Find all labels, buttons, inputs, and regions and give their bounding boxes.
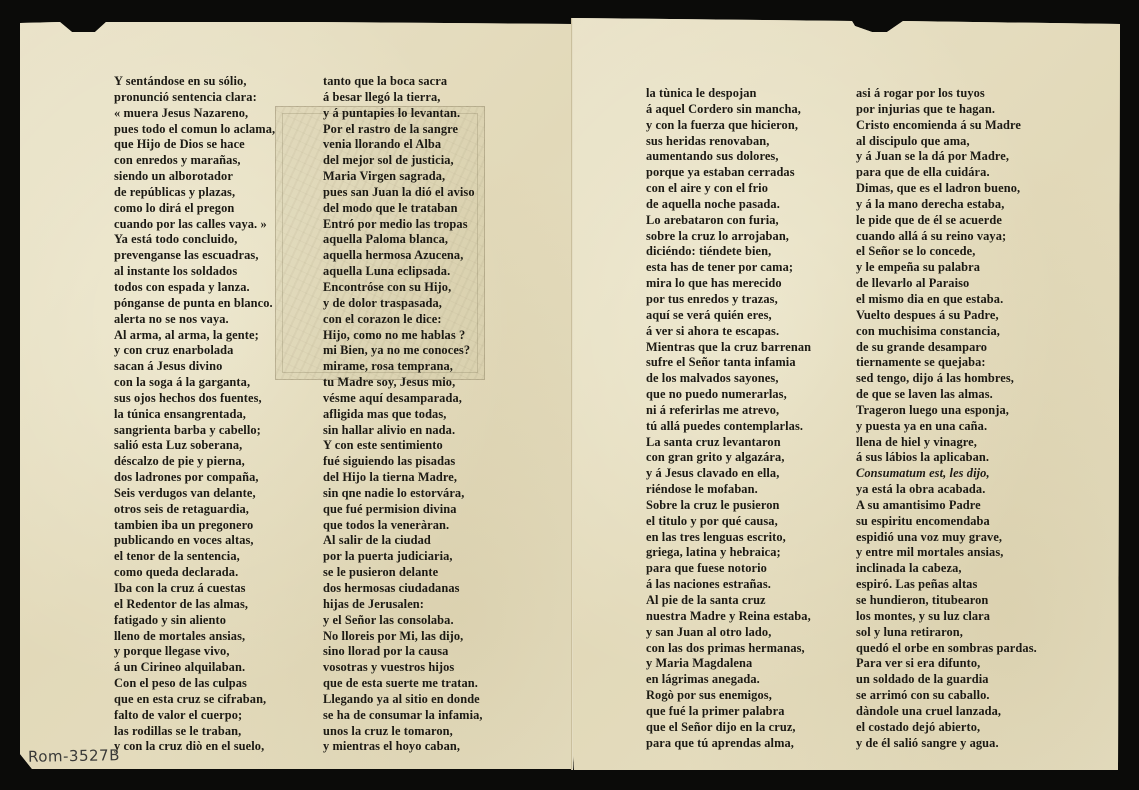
verse-line: á aquel Cordero sin mancha, bbox=[646, 102, 811, 118]
verse-line: A su amantisimo Padre bbox=[856, 498, 1037, 514]
verse-line: el mismo dia en que estaba. bbox=[856, 292, 1037, 308]
verse-line: tanto que la boca sacra bbox=[323, 74, 483, 90]
verse-line: y á la mano derecha estaba, bbox=[856, 197, 1037, 213]
verse-line: para que tú aprendas alma, bbox=[646, 736, 811, 752]
verse-line: que no puedo numerarlas, bbox=[646, 387, 811, 403]
verse-line: de que se laven las almas. bbox=[856, 387, 1037, 403]
verse-line: pues san Juan la dió el aviso bbox=[323, 185, 483, 201]
verse-line: salió esta Luz soberana, bbox=[114, 438, 275, 454]
verse-line: sin qne nadie lo estorvára, bbox=[323, 486, 483, 502]
verse-line: se hundieron, titubearon bbox=[856, 593, 1037, 609]
verse-line: y el Señor las consolaba. bbox=[323, 613, 483, 629]
verse-line: sino llorad por la causa bbox=[323, 644, 483, 660]
verse-line: la túnica ensangrentada, bbox=[114, 407, 275, 423]
verse-line: Seis verdugos van delante, bbox=[114, 486, 275, 502]
verse-line: Con el peso de las culpas bbox=[114, 676, 275, 692]
verse-line: fatigado y sin aliento bbox=[114, 613, 275, 629]
verse-line: que fué permision divina bbox=[323, 502, 483, 518]
verse-line: y Maria Magdalena bbox=[646, 656, 811, 672]
verse-line: como queda declarada. bbox=[114, 565, 275, 581]
verse-line: por la puerta judiciaria, bbox=[323, 549, 483, 565]
verse-line: Al pie de la santa cruz bbox=[646, 593, 811, 609]
verse-line: dos ladrones por compaña, bbox=[114, 470, 275, 486]
verse-line: Ya está todo concluido, bbox=[114, 232, 275, 248]
verse-line: Llegando ya al sitio en donde bbox=[323, 692, 483, 708]
verse-line: porque ya estaban cerradas bbox=[646, 165, 811, 181]
verse-line: llena de hiel y vinagre, bbox=[856, 435, 1037, 451]
verse-line: sobre la cruz lo arrojaban, bbox=[646, 229, 811, 245]
verse-line: á besar llegó la tierra, bbox=[323, 90, 483, 106]
verse-line: y de él salió sangre y agua. bbox=[856, 736, 1037, 752]
verse-line: aquella Luna eclipsada. bbox=[323, 264, 483, 280]
verse-line: mi Bien, ya no me conoces? bbox=[323, 343, 483, 359]
verse-line: diciéndo: tiéndete bien, bbox=[646, 244, 811, 260]
verse-line: tiernamente se quejaba: bbox=[856, 355, 1037, 371]
verse-line: con gran grito y algazára, bbox=[646, 450, 811, 466]
verse-line: espiró. Las peñas altas bbox=[856, 577, 1037, 593]
verse-line: del Hijo la tierna Madre, bbox=[323, 470, 483, 486]
verse-line: alerta no se nos vaya. bbox=[114, 312, 275, 328]
verse-line: publicando en voces altas, bbox=[114, 533, 275, 549]
verse-line: de aquella noche pasada. bbox=[646, 197, 811, 213]
verse-line: aquí se verá quién eres, bbox=[646, 308, 811, 324]
verse-line: unos la cruz le tomaron, bbox=[323, 724, 483, 740]
verse-line: Al salir de la ciudad bbox=[323, 533, 483, 549]
verse-line: y porque llegase vivo, bbox=[114, 644, 275, 660]
verse-line: con las dos primas hermanas, bbox=[646, 641, 811, 657]
verse-line: á las naciones estrañas. bbox=[646, 577, 811, 593]
verse-line: á un Cirineo alquilaban. bbox=[114, 660, 275, 676]
verse-line: se ha de consumar la infamia, bbox=[323, 708, 483, 724]
verse-line: que en esta cruz se cifraban, bbox=[114, 692, 275, 708]
verse-line: quedó el orbe en sombras pardas. bbox=[856, 641, 1037, 657]
verse-line: pues todo el comun lo aclama, bbox=[114, 122, 275, 138]
verse-line: con el corazon le dice: bbox=[323, 312, 483, 328]
verse-line: venia llorando el Alba bbox=[323, 137, 483, 153]
verse-line: con enredos y marañas, bbox=[114, 153, 275, 169]
verse-line: al instante los soldados bbox=[114, 264, 275, 280]
verse-line: Sobre la cruz le pusieron bbox=[646, 498, 811, 514]
verse-line: griega, latina y hebraica; bbox=[646, 545, 811, 561]
verse-line: de repúblicas y plazas, bbox=[114, 185, 275, 201]
verse-line: No lloreis por Mi, las dijo, bbox=[323, 629, 483, 645]
verse-line: en las tres lenguas escrito, bbox=[646, 530, 811, 546]
verse-line: para que de ella cuidára. bbox=[856, 165, 1037, 181]
verse-line: del modo que le trataban bbox=[323, 201, 483, 217]
verse-line: Hijo, como no me hablas ? bbox=[323, 328, 483, 344]
verse-line: con la soga á la garganta, bbox=[114, 375, 275, 391]
verse-line: pronunció sentencia clara: bbox=[114, 90, 275, 106]
verse-line: Trageron luego una esponja, bbox=[856, 403, 1037, 419]
verse-line: Lo arebataron con furia, bbox=[646, 213, 811, 229]
verse-line: Vuelto despues á su Padre, bbox=[856, 308, 1037, 324]
verse-line: Y con este sentimiento bbox=[323, 438, 483, 454]
verse-line: que todos la veneràran. bbox=[323, 518, 483, 534]
center-fold bbox=[571, 18, 573, 770]
verse-line: que de esta suerte me tratan. bbox=[323, 676, 483, 692]
verse-line: nuestra Madre y Reina estaba, bbox=[646, 609, 811, 625]
verse-line: vésme aquí desamparada, bbox=[323, 391, 483, 407]
verse-line: le pide que de él se acuerde bbox=[856, 213, 1037, 229]
verse-line: riéndose le mofaban. bbox=[646, 482, 811, 498]
verse-line: la tùnica le despojan bbox=[646, 86, 811, 102]
verse-line: sacan á Jesus divino bbox=[114, 359, 275, 375]
verse-line: Entró por medio las tropas bbox=[323, 217, 483, 233]
verse-line: sufre el Señor tanta infamia bbox=[646, 355, 811, 371]
verse-line: y le empeña su palabra bbox=[856, 260, 1037, 276]
verse-line: un soldado de la guardia bbox=[856, 672, 1037, 688]
verse-line: dos hermosas ciudadanas bbox=[323, 581, 483, 597]
handwritten-shelfmark: Rom-3527B bbox=[28, 746, 120, 766]
verse-line: y á puntapies lo levantan. bbox=[323, 106, 483, 122]
verse-column-3: la tùnica le despojaná aquel Cordero sin… bbox=[646, 86, 811, 751]
verse-line: afligida mas que todas, bbox=[323, 407, 483, 423]
verse-line: siendo un alborotador bbox=[114, 169, 275, 185]
verse-line: sus heridas renovaban, bbox=[646, 134, 811, 150]
verse-line: en lágrimas anegada. bbox=[646, 672, 811, 688]
verse-line: Cristo encomienda á su Madre bbox=[856, 118, 1037, 134]
verse-line: y entre mil mortales ansias, bbox=[856, 545, 1037, 561]
verse-line: Mientras que la cruz barrenan bbox=[646, 340, 811, 356]
verse-line: déscalzo de pie y pierna, bbox=[114, 454, 275, 470]
verse-line: falto de valor el cuerpo; bbox=[114, 708, 275, 724]
verse-line: con muchisima constancia, bbox=[856, 324, 1037, 340]
verse-line: y puesta ya en una caña. bbox=[856, 419, 1037, 435]
verse-line: el Señor se lo concede, bbox=[856, 244, 1037, 260]
verse-line: y de dolor traspasada, bbox=[323, 296, 483, 312]
verse-line: tu Madre soy, Jesus mio, bbox=[323, 375, 483, 391]
verse-line: y á Juan se la dá por Madre, bbox=[856, 149, 1037, 165]
verse-line: como lo dirá el pregon bbox=[114, 201, 275, 217]
verse-line: su espiritu encomendaba bbox=[856, 514, 1037, 530]
verse-line: Al arma, al arma, la gente; bbox=[114, 328, 275, 344]
verse-line: ya está la obra acabada. bbox=[856, 482, 1037, 498]
verse-line: Por el rastro de la sangre bbox=[323, 122, 483, 138]
verse-column-1: Y sentándose en su sólio,pronunció sente… bbox=[114, 74, 275, 755]
verse-line: inclinada la cabeza, bbox=[856, 561, 1037, 577]
verse-line: del mejor sol de justicia, bbox=[323, 153, 483, 169]
verse-line: los montes, y su luz clara bbox=[856, 609, 1037, 625]
verse-line: á sus lábios la aplicaban. bbox=[856, 450, 1037, 466]
verse-line: aquella Paloma blanca, bbox=[323, 232, 483, 248]
verse-line: sed tengo, dijo á las hombres, bbox=[856, 371, 1037, 387]
verse-line: prevenganse las escuadras, bbox=[114, 248, 275, 264]
verse-line: de llevarlo al Paraiso bbox=[856, 276, 1037, 292]
verse-line: se arrimó con su caballo. bbox=[856, 688, 1037, 704]
verse-line: se le pusieron delante bbox=[323, 565, 483, 581]
verse-line: Dimas, que es el ladron bueno, bbox=[856, 181, 1037, 197]
verse-line: y mientras el hoyo caban, bbox=[323, 739, 483, 755]
verse-line: Rogò por sus enemigos, bbox=[646, 688, 811, 704]
verse-column-2: tanto que la boca sacraá besar llegó la … bbox=[323, 74, 483, 755]
verse-line: tambien iba un pregonero bbox=[114, 518, 275, 534]
verse-line: que el Señor dijo en la cruz, bbox=[646, 720, 811, 736]
verse-line: sin hallar alivio en nada. bbox=[323, 423, 483, 439]
verse-line: espidió una voz muy grave, bbox=[856, 530, 1037, 546]
verse-line: vosotras y vuestros hijos bbox=[323, 660, 483, 676]
verse-line: mirame, rosa temprana, bbox=[323, 359, 483, 375]
verse-line: Para ver si era difunto, bbox=[856, 656, 1037, 672]
verse-line: todos con espada y lanza. bbox=[114, 280, 275, 296]
verse-line: el titulo y por qué causa, bbox=[646, 514, 811, 530]
verse-line: y con la fuerza que hicieron, bbox=[646, 118, 811, 134]
verse-line: pónganse de punta en blanco. bbox=[114, 296, 275, 312]
verse-line: al discipulo que ama, bbox=[856, 134, 1037, 150]
verse-line: para que fuese notorio bbox=[646, 561, 811, 577]
verse-line: Y sentándose en su sólio, bbox=[114, 74, 275, 90]
verse-line: á ver si ahora te escapas. bbox=[646, 324, 811, 340]
verse-line: y á Jesus clavado en ella, bbox=[646, 466, 811, 482]
verse-line: Encontróse con su Hijo, bbox=[323, 280, 483, 296]
verse-line: que Hijo de Dios se hace bbox=[114, 137, 275, 153]
verse-column-4: asi á rogar por los tuyospor injurias qu… bbox=[856, 86, 1037, 751]
verse-line: aumentando sus dolores, bbox=[646, 149, 811, 165]
verse-line: y con la cruz diò en el suelo, bbox=[114, 739, 275, 755]
verse-line: asi á rogar por los tuyos bbox=[856, 86, 1037, 102]
verse-line: Maria Virgen sagrada, bbox=[323, 169, 483, 185]
verse-line: dàndole una cruel lanzada, bbox=[856, 704, 1037, 720]
verse-line: de los malvados sayones, bbox=[646, 371, 811, 387]
verse-line: sus ojos hechos dos fuentes, bbox=[114, 391, 275, 407]
verse-line: aquella hermosa Azucena, bbox=[323, 248, 483, 264]
verse-line: por injurias que te hagan. bbox=[856, 102, 1037, 118]
verse-line: ni á referirlas me atrevo, bbox=[646, 403, 811, 419]
verse-line: sangrienta barba y cabello; bbox=[114, 423, 275, 439]
verse-line: La santa cruz levantaron bbox=[646, 435, 811, 451]
verse-line: fué siguiendo las pisadas bbox=[323, 454, 483, 470]
verse-line: por tus enredos y trazas, bbox=[646, 292, 811, 308]
verse-line: las rodillas se le traban, bbox=[114, 724, 275, 740]
verse-line: « muera Jesus Nazareno, bbox=[114, 106, 275, 122]
verse-line: el Redentor de las almas, bbox=[114, 597, 275, 613]
verse-line: sol y luna retiraron, bbox=[856, 625, 1037, 641]
verse-line: el tenor de la sentencia, bbox=[114, 549, 275, 565]
verse-line: esta has de tener por cama; bbox=[646, 260, 811, 276]
verse-line: tú allá puedes contemplarlas. bbox=[646, 419, 811, 435]
verse-line: hijas de Jerusalen: bbox=[323, 597, 483, 613]
verse-line: que fué la primer palabra bbox=[646, 704, 811, 720]
verse-line: de su grande desamparo bbox=[856, 340, 1037, 356]
verse-line: lleno de mortales ansias, bbox=[114, 629, 275, 645]
verse-line: con el aire y con el frio bbox=[646, 181, 811, 197]
verse-line: y san Juan al otro lado, bbox=[646, 625, 811, 641]
verse-line: otros seis de retaguardia, bbox=[114, 502, 275, 518]
verse-line: el costado dejó abierto, bbox=[856, 720, 1037, 736]
verse-line: Iba con la cruz á cuestas bbox=[114, 581, 275, 597]
verse-line: mira lo que has merecido bbox=[646, 276, 811, 292]
verse-line: cuando allá á su reino vaya; bbox=[856, 229, 1037, 245]
verse-line: cuando por las calles vaya. » bbox=[114, 217, 275, 233]
verse-line: y con cruz enarbolada bbox=[114, 343, 275, 359]
verse-line: Consumatum est, les dijo, bbox=[856, 466, 1037, 482]
